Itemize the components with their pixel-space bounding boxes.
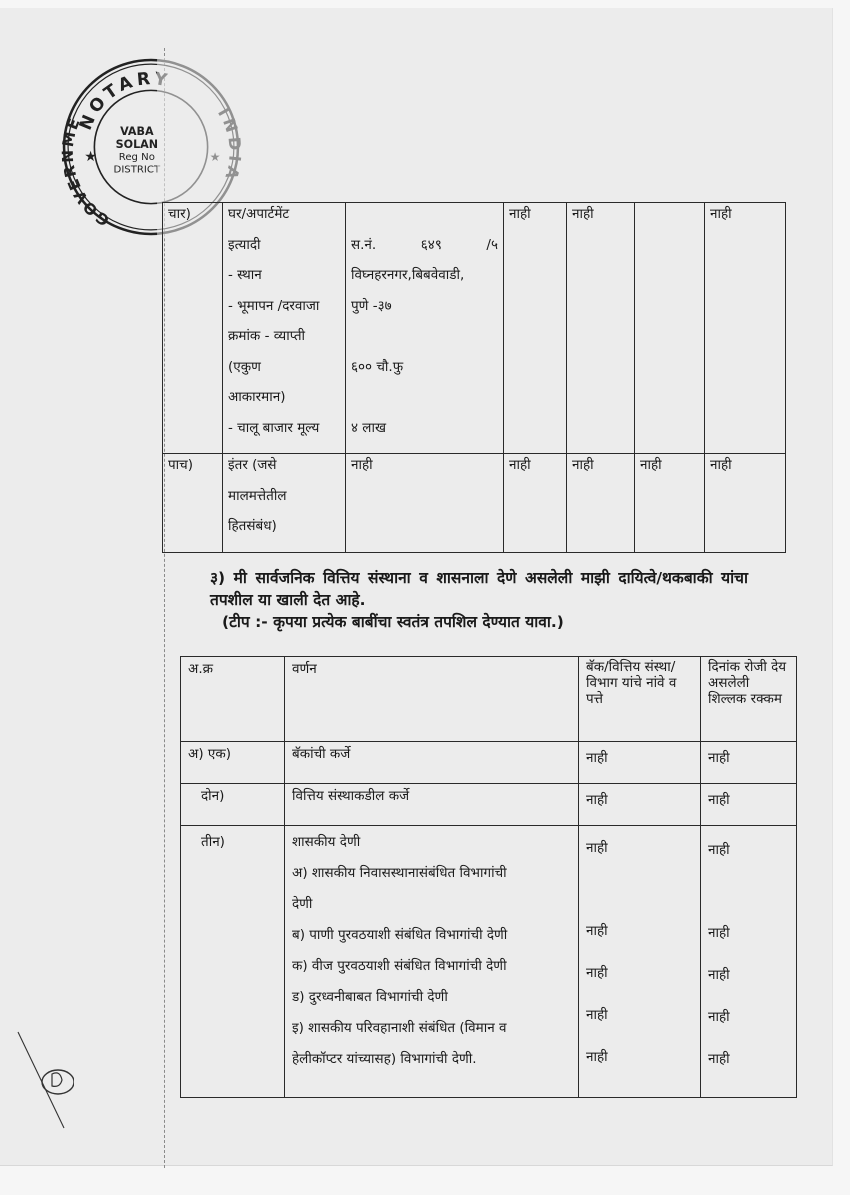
description-line: - भूमापन /दरवाजा <box>228 298 340 329</box>
govt-dues-bank-value: नाही <box>586 840 693 923</box>
description-line: आकारमान) <box>228 389 340 420</box>
govt-dues-bank-value: नाही <box>586 923 693 965</box>
header-description: वर्णन <box>285 657 579 742</box>
property-details: स.नं. ६४९ /५ विघ्नहरनगर,बिबवेवाडी, पुणे … <box>346 203 504 454</box>
cell-col5: नाही <box>567 203 635 454</box>
cell-col7: नाही <box>705 454 786 553</box>
govt-dues-title: शासकीय देणी <box>292 834 571 865</box>
survey-label: स.नं. <box>351 237 376 268</box>
section-heading: ३) मी सार्वजनिक वित्तिय संस्थाना व शासना… <box>210 567 748 611</box>
description-line: - स्थान <box>228 267 340 298</box>
table-row: दोन) वित्तिय संस्थाकडील कर्जे नाही नाही <box>181 784 797 826</box>
description-line: क्रमांक - व्याप्ती <box>228 328 340 359</box>
cell-col6: नाही <box>635 454 705 553</box>
govt-dues-bank-value: नाही <box>586 1049 693 1091</box>
govt-dues-item: अ) शासकीय निवासस्थानासंबंधित विभागांची <box>292 865 571 896</box>
stamp-line-1: VABA <box>120 125 154 138</box>
stamp-left-text: GOVERNMENT <box>60 56 113 230</box>
liabilities-table: अ.क्र वर्णन बॅक/वित्तिय संस्था/विभाग यां… <box>180 656 797 1098</box>
cell-col4: नाही <box>504 203 567 454</box>
svg-text:GOVERNMENT: GOVERNMENT <box>60 56 113 230</box>
description-line: मालमत्तेतील <box>228 488 340 519</box>
description-line: इत्यादी <box>228 237 340 268</box>
table-row: तीन) शासकीय देणी अ) शासकीय निवासस्थानासं… <box>181 826 797 1098</box>
table-header-row: अ.क्र वर्णन बॅक/वित्तिय संस्था/विभाग यां… <box>181 657 797 742</box>
govt-dues-item: इ) शासकीय परिवहानाशी संबंधित (विमान व <box>292 1020 571 1051</box>
property-locality: विघ्नहरनगर,बिबवेवाडी, <box>351 267 498 298</box>
govt-dues-amount: नाही नाही नाही नाही नाही <box>701 826 797 1098</box>
row-bank: नाही <box>579 742 701 784</box>
table-row: अ) एक) बॅकांची कर्जे नाही नाही <box>181 742 797 784</box>
govt-dues-description: शासकीय देणी अ) शासकीय निवासस्थानासंबंधित… <box>285 826 579 1098</box>
row-description: इंतर (जसे मालमत्तेतील हितसंबंध) <box>223 454 346 553</box>
cell-col6 <box>635 203 705 454</box>
govt-dues-amount-value: नाही <box>708 842 789 925</box>
cell-col7: नाही <box>705 203 786 454</box>
property-market-value: ४ लाख <box>351 420 498 451</box>
stamp-line-3: Reg No <box>119 152 155 163</box>
description-line: हितसंबंध) <box>228 518 340 549</box>
row-bank: नाही <box>579 784 701 826</box>
header-bank: बॅक/वित्तिय संस्था/विभाग यांचे नांवे व प… <box>579 657 701 742</box>
cell-col4: नाही <box>504 454 567 553</box>
section-3: ३) मी सार्वजनिक वित्तिय संस्थाना व शासना… <box>210 567 748 633</box>
row-amount: नाही <box>701 742 797 784</box>
row-serial: दोन) <box>181 784 285 826</box>
row-serial: अ) एक) <box>181 742 285 784</box>
govt-dues-amount-value: नाही <box>708 967 789 1009</box>
section-note: (टीप :- कृपया प्रत्येक बाबींचा स्वतंत्र … <box>210 611 748 633</box>
row-description: वित्तिय संस्थाकडील कर्जे <box>285 784 579 826</box>
description-line: घर/अपार्टमेंट <box>228 206 340 237</box>
govt-dues-item-cont: हेलीकॉप्टर यांच्यासह) विभागांची देणी. <box>292 1051 571 1082</box>
govt-dues-bank-value: नाही <box>586 965 693 1007</box>
row-description: घर/अपार्टमेंट इत्यादी - स्थान - भूमापन /… <box>223 203 346 454</box>
govt-dues-item: क) वीज पुरवठयाशी संबंधित विभागांची देणी <box>292 958 571 989</box>
govt-dues-amount-value: नाही <box>708 925 789 967</box>
property-city: पुणे -३७ <box>351 298 498 329</box>
scanned-page: NOTARY GOVERNMENT INDIA ★ ★ VABA SOLAN R… <box>0 8 833 1166</box>
table-row: पाच) इंतर (जसे मालमत्तेतील हितसंबंध) नाह… <box>163 454 786 553</box>
property-area: ६०० चौ.फु <box>351 359 498 390</box>
survey-suffix: /५ <box>486 237 498 268</box>
survey-number: स.नं. ६४९ /५ <box>351 237 498 268</box>
stamp-line-2: SOLAN <box>116 138 158 151</box>
stamp-line-4: DISTRICT <box>114 164 161 175</box>
assets-table: चार) घर/अपार्टमेंट इत्यादी - स्थान - भूम… <box>162 202 786 553</box>
handwritten-page-mark <box>14 1026 74 1136</box>
header-amount: दिनांक रोजी देय असलेली शिल्लक रक्कम <box>701 657 797 742</box>
survey-value: ६४९ <box>421 237 442 268</box>
govt-dues-bank-value: नाही <box>586 1007 693 1049</box>
description-line: (एकुण <box>228 359 340 390</box>
row-serial: पाच) <box>163 454 223 553</box>
govt-dues-amount-value: नाही <box>708 1051 789 1093</box>
govt-dues-item: ड) दुरध्वनीबाबत विभागांची देणी <box>292 989 571 1020</box>
govt-dues-item-cont: देणी <box>292 896 571 927</box>
row-serial: चार) <box>163 203 223 454</box>
govt-dues-bank: नाही नाही नाही नाही नाही <box>579 826 701 1098</box>
description-line: इंतर (जसे <box>228 457 340 488</box>
row-description: बॅकांची कर्जे <box>285 742 579 784</box>
handwritten-circle-icon <box>14 1026 74 1136</box>
govt-dues-item: ब) पाणी पुरवठयाशी संबंधित विभागांची देणी <box>292 927 571 958</box>
header-serial: अ.क्र <box>181 657 285 742</box>
property-details: नाही <box>346 454 504 553</box>
cell-col5: नाही <box>567 454 635 553</box>
table-row: चार) घर/अपार्टमेंट इत्यादी - स्थान - भूम… <box>163 203 786 454</box>
row-amount: नाही <box>701 784 797 826</box>
description-line: - चालू बाजार मूल्य <box>228 420 340 451</box>
govt-dues-amount-value: नाही <box>708 1009 789 1051</box>
svg-text:★: ★ <box>84 149 97 165</box>
row-serial: तीन) <box>181 826 285 1098</box>
